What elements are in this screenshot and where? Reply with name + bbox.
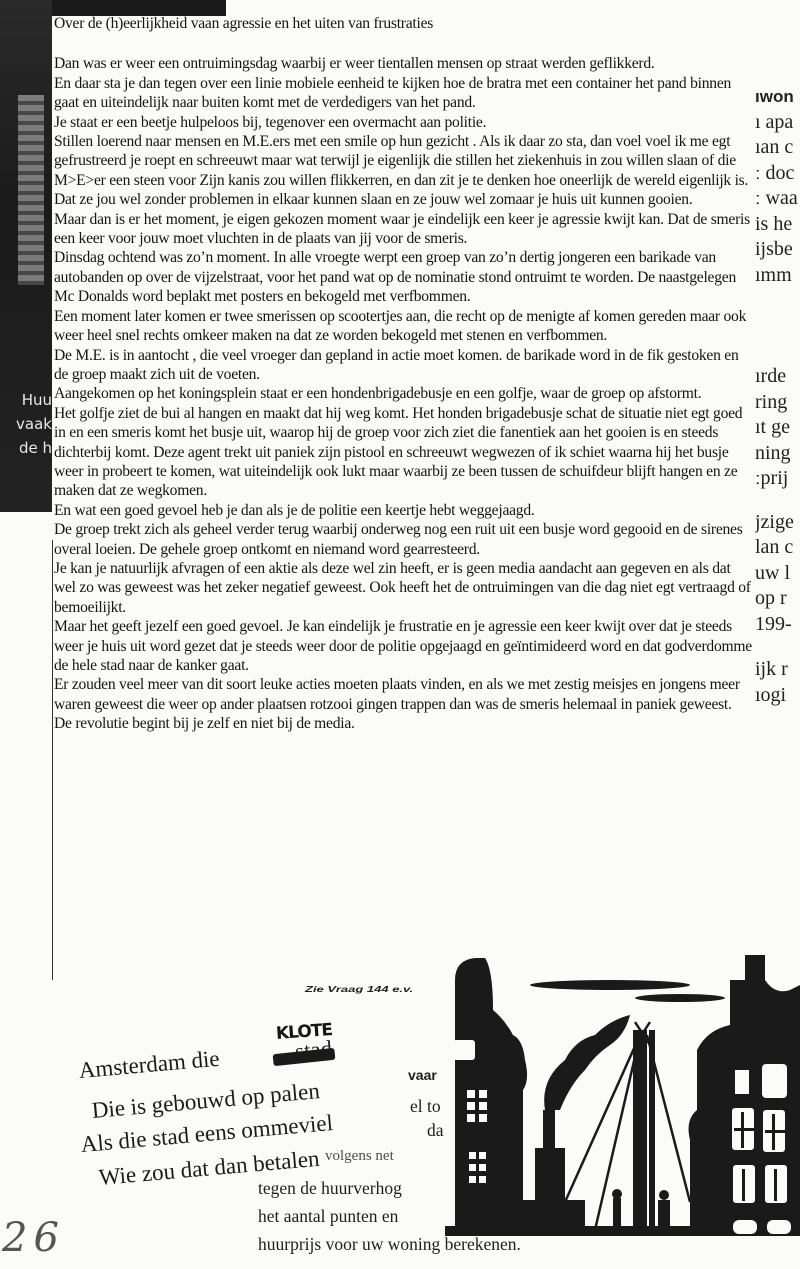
article-paragraph: Dinsdag ochtend was zo’n moment. In alle…: [54, 248, 754, 306]
strip-fragment: vaak: [0, 412, 52, 436]
article-paragraph: Het golfje ziet de bui al hangen en maak…: [54, 404, 754, 501]
stray-caption: Zie Vraag 144 e.v.: [305, 985, 413, 994]
strip-fragment: Huu: [0, 388, 52, 412]
right-fragment: ring: [755, 390, 800, 416]
right-fragment: ː doc: [755, 161, 800, 187]
right-fragment: op r: [755, 586, 800, 612]
article-paragraph: En daar sta je dan tegen over een linie …: [54, 74, 754, 113]
poem-text: Amsterdam die: [78, 1046, 221, 1083]
strip-text-fragments: Huu vaak de h: [0, 388, 52, 460]
right-fragment: ıt ge: [755, 415, 800, 441]
photo-window-detail: [18, 95, 44, 285]
poem-text: stad: [294, 1036, 333, 1064]
article-paragraph: Een moment later komen er twee smerissen…: [54, 307, 754, 346]
fragment-line: tegen de huurverhog: [258, 1178, 402, 1199]
woodcut-illustration: [445, 940, 800, 1236]
right-fragment: ijk r: [755, 657, 800, 683]
fragment-da: da: [427, 1120, 444, 1141]
handwritten-page-number: 26: [2, 1215, 65, 1261]
right-fragment: ːprij: [755, 466, 800, 492]
article-paragraph: De groep trekt zich als geheel verder te…: [54, 520, 754, 559]
right-fragment: uw l: [755, 561, 800, 587]
article-title: Over de (h)eerlijkheid vaan agressie en …: [54, 14, 754, 33]
article-paragraph: Je kan je natuurlijk afvragen of een akt…: [54, 559, 754, 617]
article-paragraph: Stillen loerend naar mensen en M.E.ers m…: [54, 132, 754, 210]
fragment-vaar: vaar: [408, 1067, 437, 1083]
poem-gap: [220, 1059, 296, 1066]
right-fragment: ning: [755, 441, 800, 467]
poem-line: Amsterdam diestad: [78, 1036, 334, 1084]
right-column-fragments: ıwon ı apa ıan c ː doc ː waa is he ijsbe…: [755, 84, 800, 708]
right-fragment: ırde: [755, 364, 800, 390]
right-fragment: ijsbe: [755, 237, 800, 263]
right-gap: [755, 288, 800, 364]
article-paragraph: De M.E. is in aantocht , die veel vroege…: [54, 346, 754, 385]
article-paragraph: Maar dan is er het moment, je eigen geko…: [54, 210, 754, 249]
right-fragment: jzige: [755, 510, 800, 536]
right-gap: [755, 492, 800, 510]
article-paragraph: Aangekomen op het koningsplein staat er …: [54, 384, 754, 403]
right-fragment: lan c: [755, 535, 800, 561]
right-gap: [755, 637, 800, 657]
fragment-volgens: volgens net: [325, 1148, 394, 1165]
article-margin-rule: [52, 540, 53, 980]
strip-fragment: de h: [0, 436, 52, 460]
article-paragraph: De revolutie begint bij je zelf en niet …: [54, 714, 754, 733]
right-fragment: ıan c: [755, 135, 800, 161]
article-paragraph: Maar het geeft jezelf een goed gevoel. J…: [54, 617, 754, 675]
right-fragment: is he: [755, 212, 800, 238]
right-fragment: ımm: [755, 263, 800, 289]
right-fragment: ıwon: [755, 84, 800, 110]
article-paragraph: Er zouden veel meer van dit soort leuke …: [54, 675, 754, 714]
article-paragraph: Dan was er weer een ontruimingsdag waarb…: [54, 54, 754, 73]
right-fragment: ıogi: [755, 683, 800, 709]
fragment-el-to: el to: [410, 1096, 441, 1117]
fragment-line: huurprijs voor uw woning berekenen.: [258, 1234, 521, 1255]
article-paragraph: Je staat er een beetje hulpeloos bij, te…: [54, 113, 754, 132]
right-fragment: ı apa: [755, 110, 800, 136]
article-paragraph: En wat een goed gevoel heb je dan als je…: [54, 501, 754, 520]
article: Over de (h)eerlijkheid vaan agressie en …: [54, 14, 754, 734]
right-fragment: 199-: [755, 612, 800, 638]
fragment-line: het aantal punten en: [258, 1206, 398, 1227]
right-fragment: ː waa: [755, 186, 800, 212]
